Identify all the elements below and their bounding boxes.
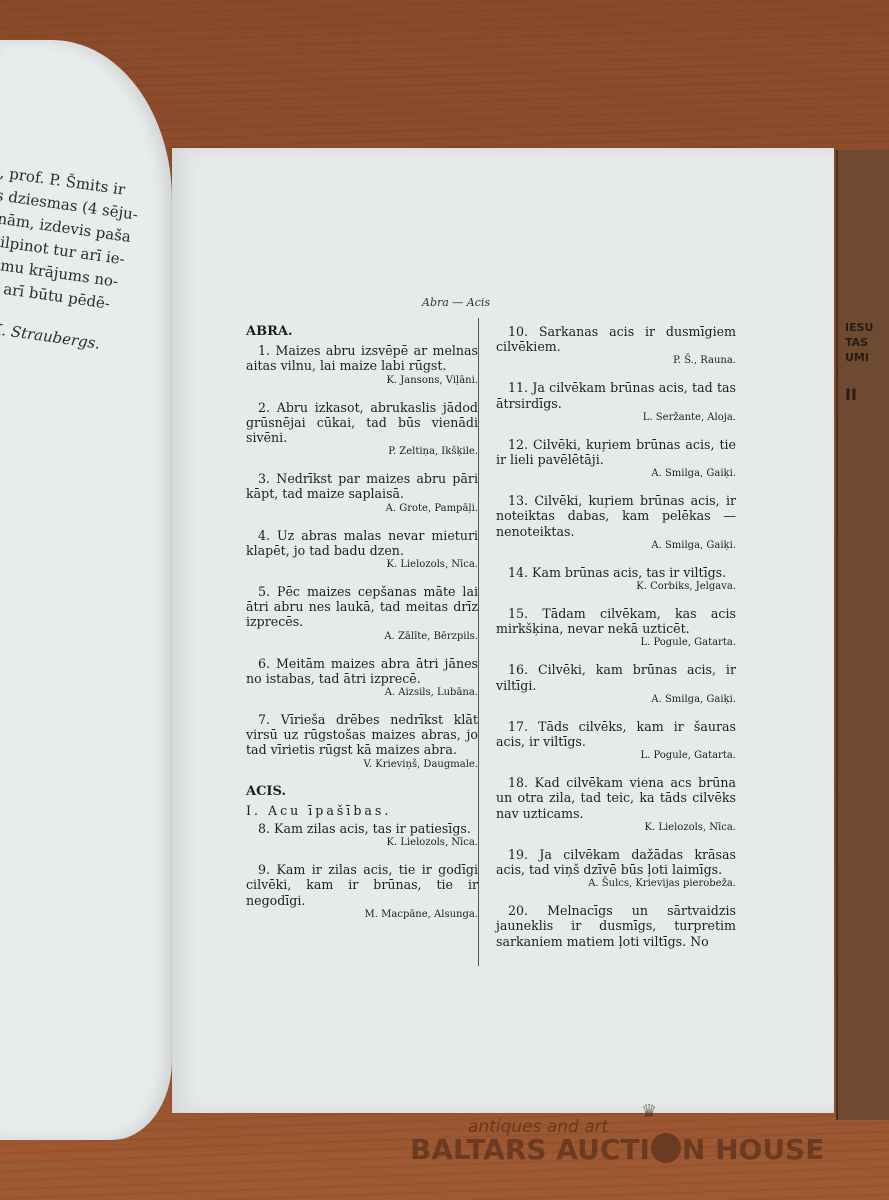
entry-number: 6. [258,656,270,671]
entry-number: 10. [508,324,528,339]
acis-entries: 8. Kam zilas acis, tas ir patiesīgs.K. L… [246,821,478,922]
left-column: ABRA. 1. Maizes abru izsvēpē ar melnas a… [246,324,478,934]
entry-source: A. Smilga, Gaiķi. [496,539,736,553]
entry-source: K. Lielozols, Nīca. [246,558,478,572]
entry-source: A. Grote, Pampāļi. [246,502,478,516]
entry: 6. Meitām maizes abra ātri jānes no ista… [246,656,478,700]
entry-source: A. Smilga, Gaiķi. [496,693,736,707]
entry-text: 13. Cilvēki, kuŗiem brūnas acis, ir note… [496,493,736,539]
entry: 9. Kam ir zilas acis, tie ir godīgi cilv… [246,862,478,922]
entry: 10. Sarkanas acis ir dusmīgiem cilvēkiem… [496,324,736,368]
entry-source: P. Š., Rauna. [496,354,736,368]
entry-source: P. Zeltiņa, Ikšķile. [246,445,478,459]
entry-body: Tādam cilvēkam, kas acis mirkšķina, neva… [496,606,736,636]
entry-body: Nedrīkst par maizes abru pāri kāpt, tad … [246,471,478,501]
entry: 17. Tāds cilvēks, kam ir šauras acis, ir… [496,719,736,763]
entry-text: 7. Vīrieša drēbes nedrīkst klāt virsū uz… [246,712,478,758]
entry-number: 2. [258,400,270,415]
entry: 18. Kad cilvēkam viena acs brūna un otra… [496,775,736,835]
abra-entries: 1. Maizes abru izsvēpē ar melnas aitas v… [246,343,478,771]
section-title-acis: ACIS. [246,784,478,799]
watermark-brand-part: N HOUSE [682,1133,824,1166]
entry-text: 8. Kam zilas acis, tas ir patiesīgs. [246,821,478,836]
entry-source: A. Zālīte, Bērzpils. [246,630,478,644]
spine-label: IESU TAS UMI II [845,320,873,402]
entry: 13. Cilvēki, kuŗiem brūnas acis, ir note… [496,493,736,553]
entry-body: Meitām maizes abra ātri jānes no istabas… [246,656,478,686]
entry-body: Ja cilvēkam brūnas acis, tad tas ātrsird… [496,380,736,410]
entry-source: M. Macpāne, Alsunga. [246,908,478,922]
entry-number: 1. [258,343,270,358]
entry-body: Pēc maizes cepšanas māte lai ātri abru n… [246,584,478,629]
entry-number: 11. [508,380,528,395]
entry-text: 11. Ja cilvēkam brūnas acis, tad tas ātr… [496,380,736,410]
spine-line: TAS [845,335,873,350]
entry: 8. Kam zilas acis, tas ir patiesīgs.K. L… [246,821,478,850]
entry-body: Sarkanas acis ir dusmīgiem cilvēkiem. [496,324,736,354]
entry-source: L. Seržante, Aloja. [496,411,736,425]
spine-line: IESU [845,320,873,335]
entry: 15. Tādam cilvēkam, kas acis mirkšķina, … [496,606,736,650]
entry-number: 17. [508,719,528,734]
entry-text: 3. Nedrīkst par maizes abru pāri kāpt, t… [246,471,478,501]
left-page: n, prof. P. Šmits ir as dziesmas (4 sēju… [0,40,172,1140]
entry: 20. Melnacīgs un sārtvaidzis jauneklis i… [496,903,736,949]
entry-body: Cilvēki, kam brūnas acis, ir viltīgi. [496,662,736,692]
orb-icon [651,1133,681,1163]
entry-source: K. Jansons, Viļāni. [246,374,478,388]
entry-source: K. Corbiks, Jelgava. [496,580,736,594]
author-signature: K. Straubergs. [0,314,144,361]
entry: 1. Maizes abru izsvēpē ar melnas aitas v… [246,343,478,387]
entry-body: Melnacīgs un sārtvaidzis jauneklis ir du… [496,903,736,948]
entry-number: 4. [258,528,270,543]
entry-body: Uz abras malas nevar mieturi klapēt, jo … [246,528,478,558]
entry-text: 9. Kam ir zilas acis, tie ir godīgi cilv… [246,862,478,908]
entry-text: 1. Maizes abru izsvēpē ar melnas aitas v… [246,343,478,373]
entry: 11. Ja cilvēkam brūnas acis, tad tas ātr… [496,380,736,424]
entry-number: 19. [508,847,528,862]
entry-source: A. Aizsils, Lubāna. [246,686,478,700]
entry-text: 4. Uz abras malas nevar mieturi klapēt, … [246,528,478,558]
entry-body: Ja cilvēkam dažādas krāsas acis, tad viņ… [496,847,736,877]
entry: 4. Uz abras malas nevar mieturi klapēt, … [246,528,478,572]
entry-number: 12. [508,437,528,452]
book-back-cover [836,150,889,1120]
entry: 3. Nedrīkst par maizes abru pāri kāpt, t… [246,471,478,515]
entry-body: Tāds cilvēks, kam ir šauras acis, ir vil… [496,719,736,749]
entry-text: 5. Pēc maizes cepšanas māte lai ātri abr… [246,584,478,630]
entry-number: 8. [258,821,270,836]
entry: 12. Cilvēki, kuŗiem brūnas acis, tie ir … [496,437,736,481]
entry-source: V. Krieviņš, Daugmale. [246,758,478,772]
entry-body: Kam brūnas acis, tas ir viltīgs. [532,565,726,580]
entry-body: Abru izkasot, abrukaslis jādod grūsnējai… [246,400,478,445]
main-page: Abra — Acis ABRA. 1. Maizes abru izsvēpē… [172,148,834,1113]
entry-text: 20. Melnacīgs un sārtvaidzis jauneklis i… [496,903,736,949]
entry-text: 10. Sarkanas acis ir dusmīgiem cilvēkiem… [496,324,736,354]
entry-text: 12. Cilvēki, kuŗiem brūnas acis, tie ir … [496,437,736,467]
entry-body: Cilvēki, kuŗiem brūnas acis, tie ir liel… [496,437,736,467]
entry-source: A. Smilga, Gaiķi. [496,467,736,481]
entry-number: 7. [258,712,270,727]
entry-number: 15. [508,606,528,621]
right-entries: 10. Sarkanas acis ir dusmīgiem cilvēkiem… [496,324,736,949]
entry-number: 5. [258,584,270,599]
spine-line: II [845,387,873,402]
column-divider [478,318,479,966]
watermark-brand: BALTARS AUCTIN HOUSE [410,1133,824,1166]
watermark-brand-part: BALTARS AUCTI [410,1133,650,1166]
entry-text: 2. Abru izkasot, abrukaslis jādod grūsnē… [246,400,478,446]
section-title-abra: ABRA. [246,324,478,339]
entry-text: 14. Kam brūnas acis, tas ir viltīgs. [496,565,736,580]
entry: 19. Ja cilvēkam dažādas krāsas acis, tad… [496,847,736,891]
entry-body: Maizes abru izsvēpē ar melnas aitas viln… [246,343,478,373]
entry-number: 14. [508,565,528,580]
entry-number: 16. [508,662,528,677]
entry-body: Kam zilas acis, tas ir patiesīgs. [274,821,471,836]
entry-number: 9. [258,862,270,877]
entry-source: L. Pogule, Gatarta. [496,749,736,763]
entry-source: K. Lielozols, Nīca. [246,836,478,850]
entry: 7. Vīrieša drēbes nedrīkst klāt virsū uz… [246,712,478,772]
entry-text: 18. Kad cilvēkam viena acs brūna un otra… [496,775,736,821]
entry-body: Kad cilvēkam viena acs brūna un otra zil… [496,775,736,820]
entry-number: 20. [508,903,528,918]
entry: 16. Cilvēki, kam brūnas acis, ir viltīgi… [496,662,736,706]
entry-body: Cilvēki, kuŗiem brūnas acis, ir noteikta… [496,493,736,538]
spine-line: UMI [845,350,873,365]
entry-body: Vīrieša drēbes nedrīkst klāt virsū uz rū… [246,712,478,757]
entry-source: A. Šulcs, Krievijas pierobeža. [496,877,736,891]
right-column: 10. Sarkanas acis ir dusmīgiem cilvēkiem… [496,324,736,961]
entry-number: 13. [508,493,528,508]
entry: 14. Kam brūnas acis, tas ir viltīgs.K. C… [496,565,736,594]
subsection-title: I. Acu īpašības. [246,803,478,818]
left-page-text: n, prof. P. Šmits ir as dziesmas (4 sēju… [0,160,165,362]
running-head: Abra — Acis [422,296,542,309]
entry-text: 17. Tāds cilvēks, kam ir šauras acis, ir… [496,719,736,749]
entry-number: 3. [258,471,270,486]
entry: 5. Pēc maizes cepšanas māte lai ātri abr… [246,584,478,644]
entry-source: K. Lielozols, Nīca. [496,821,736,835]
entry-source: L. Pogule, Gatarta. [496,636,736,650]
entry-text: 6. Meitām maizes abra ātri jānes no ista… [246,656,478,686]
crown-orb-icon: ♛ [641,1105,665,1119]
entry-body: Kam ir zilas acis, tie ir godīgi cilvēki… [246,862,478,907]
entry-number: 18. [508,775,528,790]
entry: 2. Abru izkasot, abrukaslis jādod grūsnē… [246,400,478,460]
entry-text: 19. Ja cilvēkam dažādas krāsas acis, tad… [496,847,736,877]
entry-text: 16. Cilvēki, kam brūnas acis, ir viltīgi… [496,662,736,692]
entry-text: 15. Tādam cilvēkam, kas acis mirkšķina, … [496,606,736,636]
